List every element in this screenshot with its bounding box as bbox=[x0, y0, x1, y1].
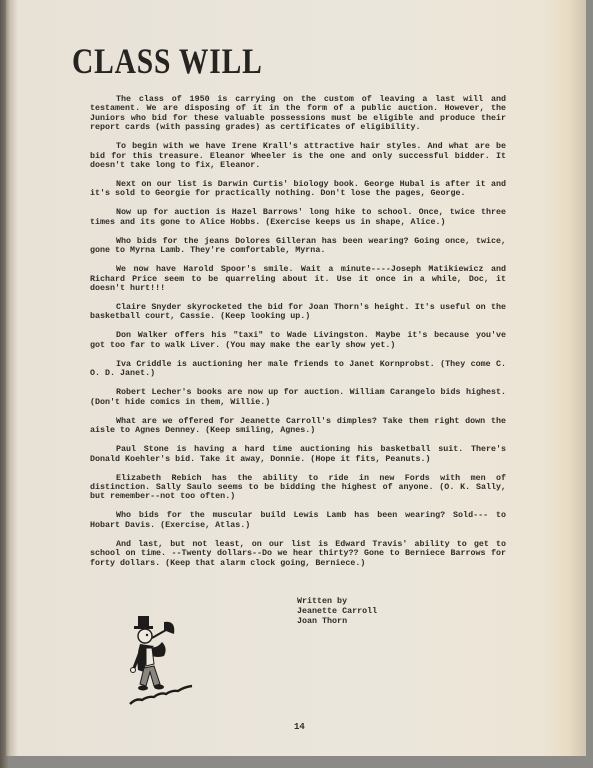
paragraph: Elizabeth Rebich has the ability to ride… bbox=[90, 474, 506, 502]
paragraph: We now have Harold Spoor's smile. Wait a… bbox=[90, 265, 506, 293]
paragraph-closing: And last, but not least, on our list is … bbox=[90, 540, 506, 568]
paragraph: Robert Lecher's books are now up for auc… bbox=[90, 388, 506, 407]
paragraph: Don Walker offers his "taxi" to Wade Liv… bbox=[90, 331, 506, 350]
paragraph: Next on our list is Darwin Curtis' biolo… bbox=[90, 180, 506, 199]
top-hat-dancing-man-illustration bbox=[128, 612, 208, 707]
paragraph-intro: The class of 1950 is carrying on the cus… bbox=[90, 95, 506, 133]
paragraph: Who bids for the jeans Dolores Gilleran … bbox=[90, 237, 506, 256]
signature-written-by: Written by bbox=[297, 596, 377, 606]
paragraph: Now up for auction is Hazel Barrows' lon… bbox=[90, 208, 506, 227]
page-number: 14 bbox=[294, 722, 305, 732]
paragraph: Paul Stone is having a hard time auction… bbox=[90, 445, 506, 464]
page-title: CLASS WILL bbox=[72, 40, 263, 82]
signature-block: Written by Jeanette Carroll Joan Thorn bbox=[297, 596, 377, 626]
class-will-body: The class of 1950 is carrying on the cus… bbox=[90, 95, 506, 578]
paragraph: Who bids for the muscular build Lewis La… bbox=[90, 511, 506, 530]
paragraph: Claire Snyder skyrocketed the bid for Jo… bbox=[90, 303, 506, 322]
paragraph: What are we offered for Jeanette Carroll… bbox=[90, 417, 506, 436]
paragraph: Iva Criddle is auctioning her male frien… bbox=[90, 360, 506, 379]
paragraph: To begin with we have Irene Krall's attr… bbox=[90, 142, 506, 170]
signature-author-2: Joan Thorn bbox=[297, 616, 377, 626]
signature-author-1: Jeanette Carroll bbox=[297, 606, 377, 616]
